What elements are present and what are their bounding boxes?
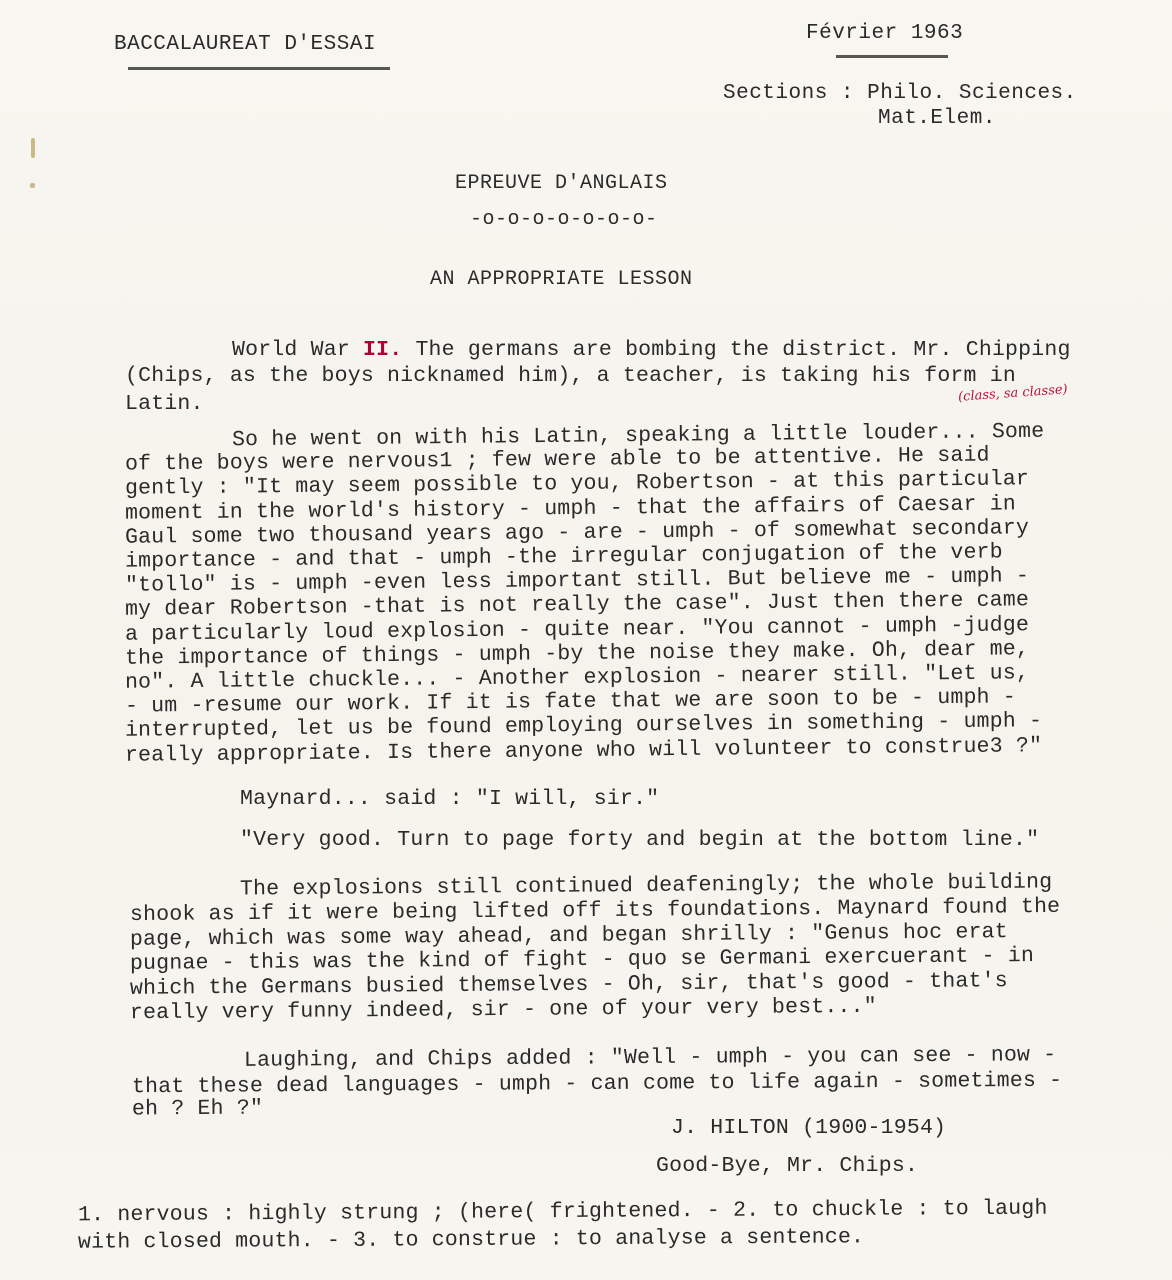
exam-header-title: BACCALAUREAT D'ESSAI <box>114 33 376 56</box>
paragraph-6-line: Laughing, and Chips added : "Well - umph… <box>244 1043 1056 1073</box>
header-underline <box>128 67 390 70</box>
author-attribution: J. HILTON (1900-1954) <box>671 1116 946 1140</box>
paragraph-1-line: (Chips, as the boys nicknamed him), a te… <box>125 364 1016 388</box>
paragraph-6-line: that these dead languages - umph - can c… <box>132 1068 1062 1098</box>
paragraph-6-line: eh ? Eh ?" <box>132 1097 263 1122</box>
exam-title: EPREUVE D'ANGLAIS <box>455 172 668 195</box>
document-page: BACCALAUREAT D'ESSAI Février 1963 Sectio… <box>0 0 1172 1280</box>
paragraph-5-line: really very funny indeed, sir - one of y… <box>130 995 877 1026</box>
red-correction: II. <box>363 338 402 362</box>
footnote-line-2: with closed mouth. - 3. to construe : to… <box>78 1225 864 1254</box>
sections-line-1: Sections : Philo. Sciences. <box>723 82 1077 105</box>
sections-line-2: Mat.Elem. <box>878 107 996 130</box>
paragraph-4: "Very good. Turn to page forty and begin… <box>240 828 1039 852</box>
title-separator: -o-o-o-o-o-o-o- <box>470 208 658 231</box>
date-underline <box>836 55 948 58</box>
margin-stain <box>30 183 35 188</box>
paragraph-3: Maynard... said : "I will, sir." <box>240 787 659 811</box>
exam-date: Février 1963 <box>806 22 963 45</box>
paragraph-1-line: World War II. The germans are bombing th… <box>232 338 1071 362</box>
work-title: Good-Bye, Mr. Chips. <box>656 1154 918 1178</box>
margin-stain <box>31 138 35 158</box>
paragraph-1-line: Latin. <box>125 392 204 416</box>
lesson-title: AN APPROPRIATE LESSON <box>430 268 693 291</box>
footnote-line-1: 1. nervous : highly strung ; (here( frig… <box>78 1197 1048 1228</box>
